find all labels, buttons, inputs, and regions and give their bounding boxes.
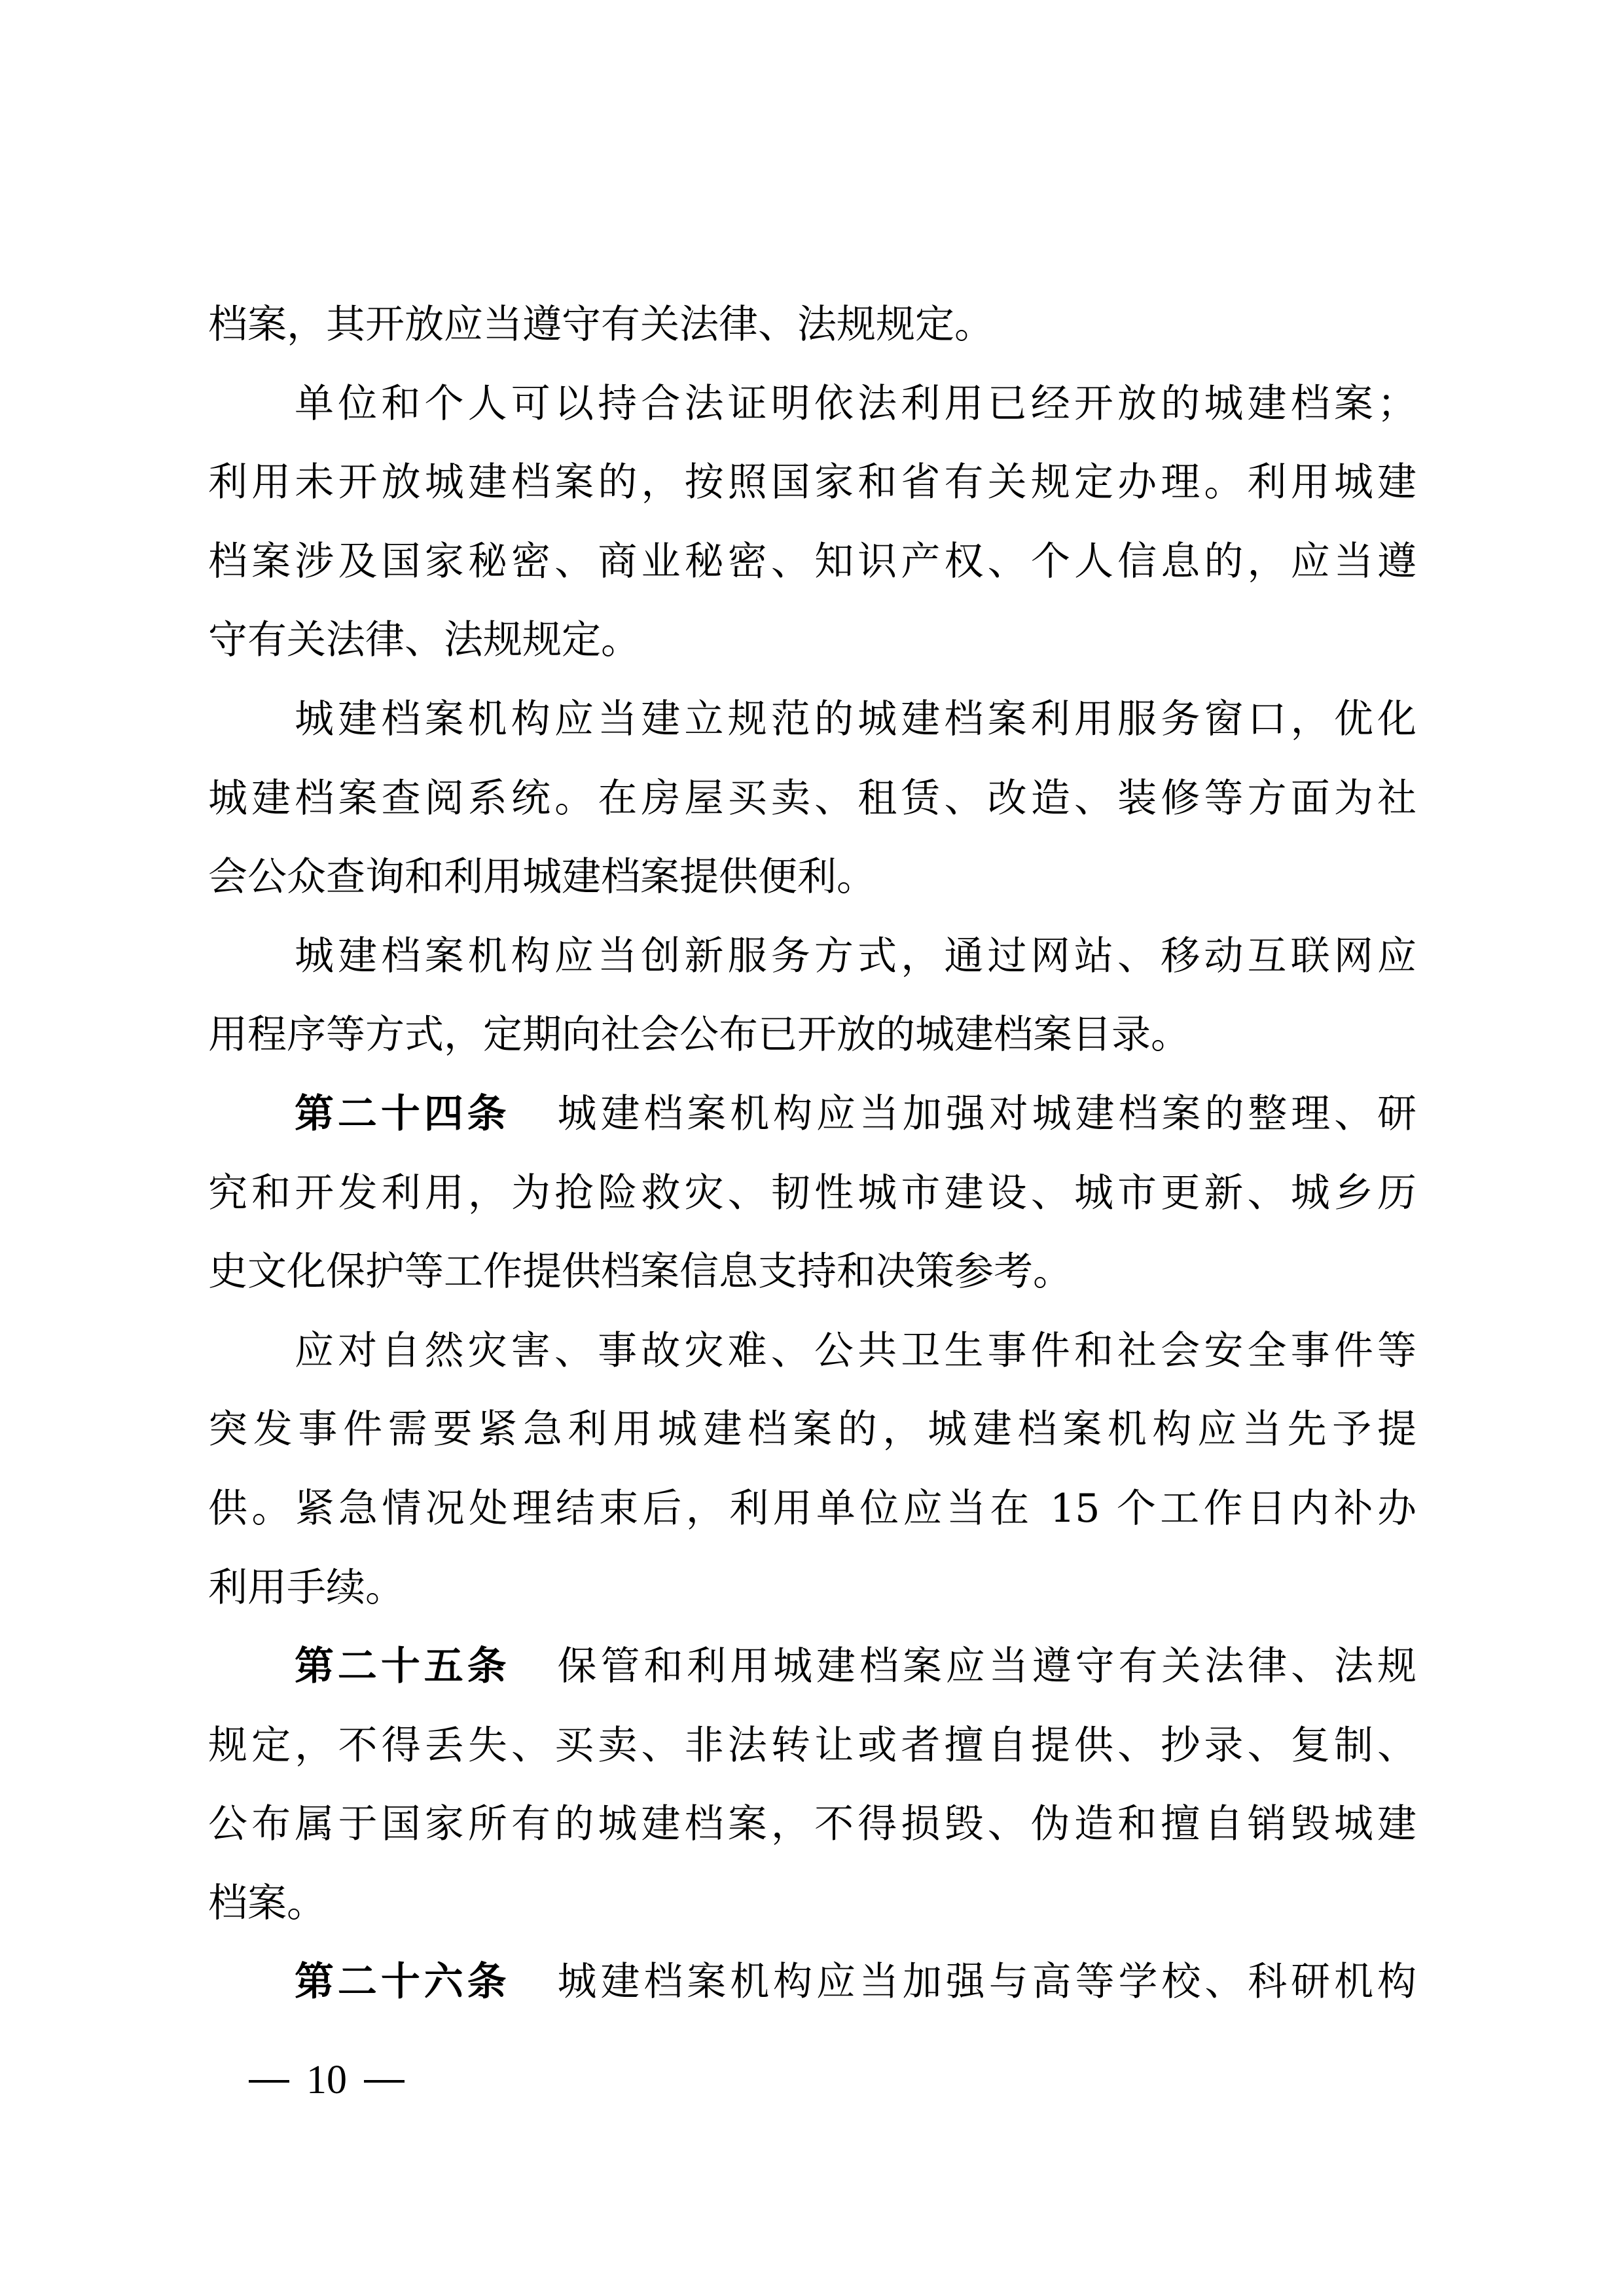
text-line-17: 利用手续。 [208, 1556, 1416, 1636]
text-line-15: 突发事件需要紧急利用城建档案的，城建档案机构应当先予提 [208, 1398, 1416, 1477]
article-26-line: 第二十六条城建档案机构应当加强与高等学校、科研机构 [208, 1950, 1416, 2030]
text-line-14: 应对自然灾害、事故灾难、公共卫生事件和社会安全事件等 [208, 1319, 1416, 1399]
text-line-16: 供。紧急情况处理结束后，利用单位应当在 15 个工作日内补办 [208, 1477, 1416, 1556]
dash-right [364, 2080, 405, 2083]
text-line-13: 史文化保护等工作提供档案信息支持和决策参考。 [208, 1240, 1416, 1319]
body-text: 档案，其开放应当遵守有关法律、法规规定。 单位和个人可以持合法证明依法利用已经开… [208, 293, 1416, 2030]
text-line-8: 会公众查询和利用城建档案提供便利。 [208, 846, 1416, 925]
text-line-12: 究和开发利用，为抢险救灾、韧性城市建设、城市更新、城乡历 [208, 1162, 1416, 1241]
text-line-21: 档案。 [208, 1872, 1416, 1951]
page-number: 10 [249, 2054, 405, 2106]
article-text: 保管和利用城建档案应当遵守有关法律、法规 [554, 1643, 1416, 1689]
dash-left [249, 2080, 289, 2083]
text-line-6: 城建档案机构应当建立规范的城建档案利用服务窗口，优化 [208, 688, 1416, 767]
text-line-3: 利用未开放城建档案的，按照国家和省有关规定办理。利用城建 [208, 451, 1416, 530]
text-line-20: 公布属于国家所有的城建档案，不得损毁、伪造和擅自销毁城建 [208, 1793, 1416, 1872]
page-number-value: 10 [306, 2054, 347, 2106]
article-25-line: 第二十五条保管和利用城建档案应当遵守有关法律、法规 [208, 1635, 1416, 1714]
article-number: 第二十六条 [295, 1959, 511, 2005]
text-line-1: 档案，其开放应当遵守有关法律、法规规定。 [208, 293, 1416, 372]
article-24-line: 第二十四条城建档案机构应当加强对城建档案的整理、研 [208, 1083, 1416, 1162]
text-line-10: 用程序等方式，定期向社会公布已开放的城建档案目录。 [208, 1003, 1416, 1083]
text-line-7: 城建档案查阅系统。在房屋买卖、租赁、改造、装修等方面为社 [208, 767, 1416, 846]
article-number: 第二十四条 [295, 1091, 511, 1137]
document-page: 档案，其开放应当遵守有关法律、法规规定。 单位和个人可以持合法证明依法利用已经开… [0, 0, 1624, 2296]
text-line-2: 单位和个人可以持合法证明依法利用已经开放的城建档案； [208, 372, 1416, 452]
article-text: 城建档案机构应当加强与高等学校、科研机构 [554, 1959, 1416, 2005]
text-line-4: 档案涉及国家秘密、商业秘密、知识产权、个人信息的，应当遵 [208, 530, 1416, 609]
article-number: 第二十五条 [295, 1643, 511, 1689]
article-text: 城建档案机构应当加强对城建档案的整理、研 [554, 1091, 1416, 1137]
text-line-5: 守有关法律、法规规定。 [208, 609, 1416, 688]
text-line-19: 规定，不得丢失、买卖、非法转让或者擅自提供、抄录、复制、 [208, 1714, 1416, 1793]
text-line-9: 城建档案机构应当创新服务方式，通过网站、移动互联网应 [208, 925, 1416, 1004]
